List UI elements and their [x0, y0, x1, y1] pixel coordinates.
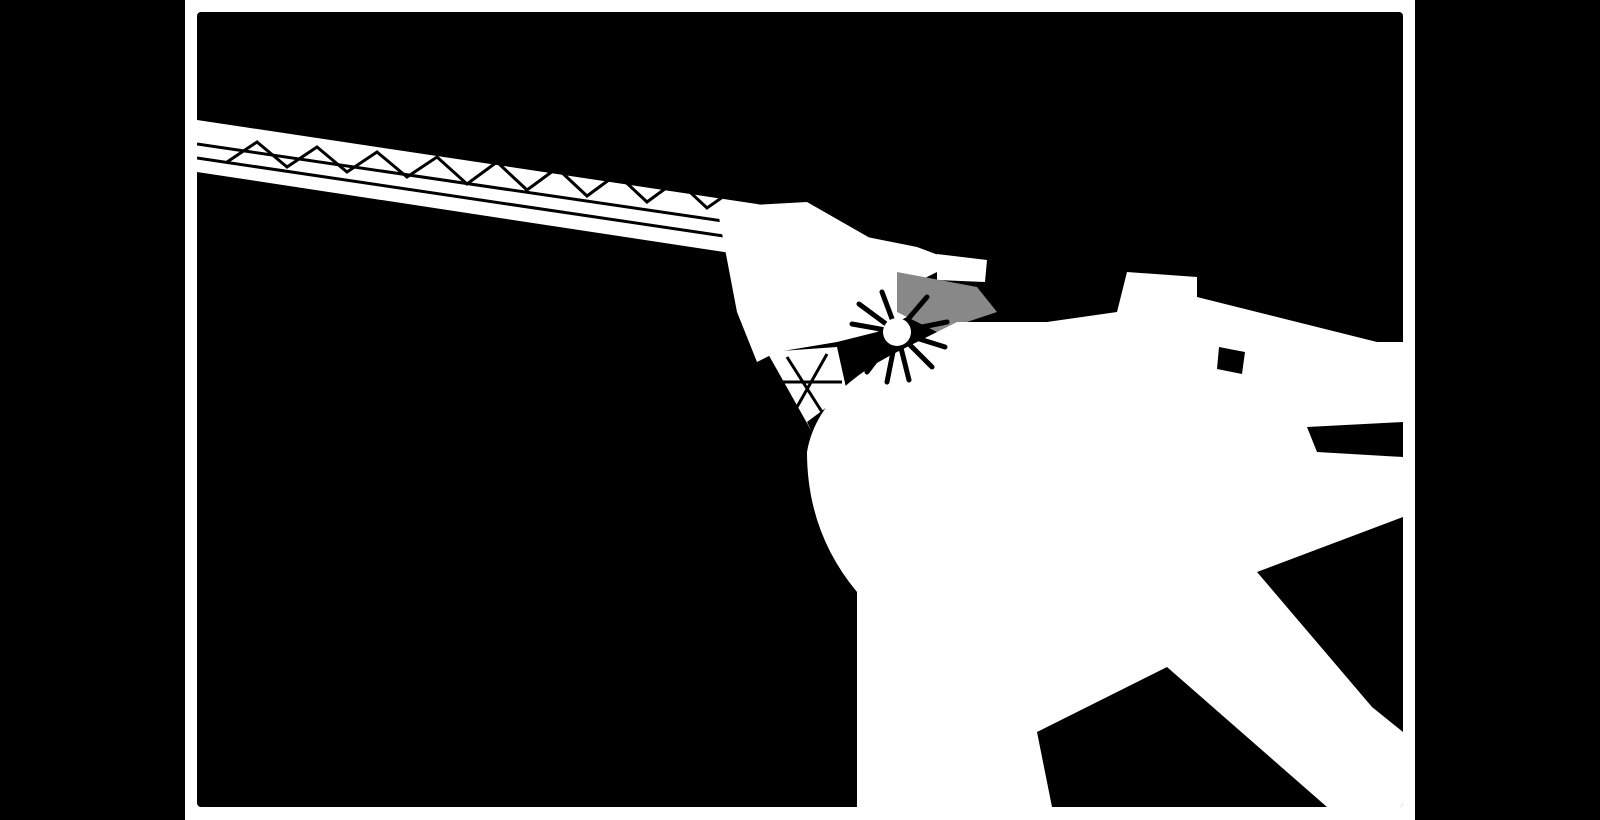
crane-body [807, 272, 1403, 807]
crane-silhouette [197, 12, 1403, 807]
right-notch [1307, 422, 1403, 457]
counterweight [937, 254, 987, 282]
crane-photo [197, 12, 1403, 807]
